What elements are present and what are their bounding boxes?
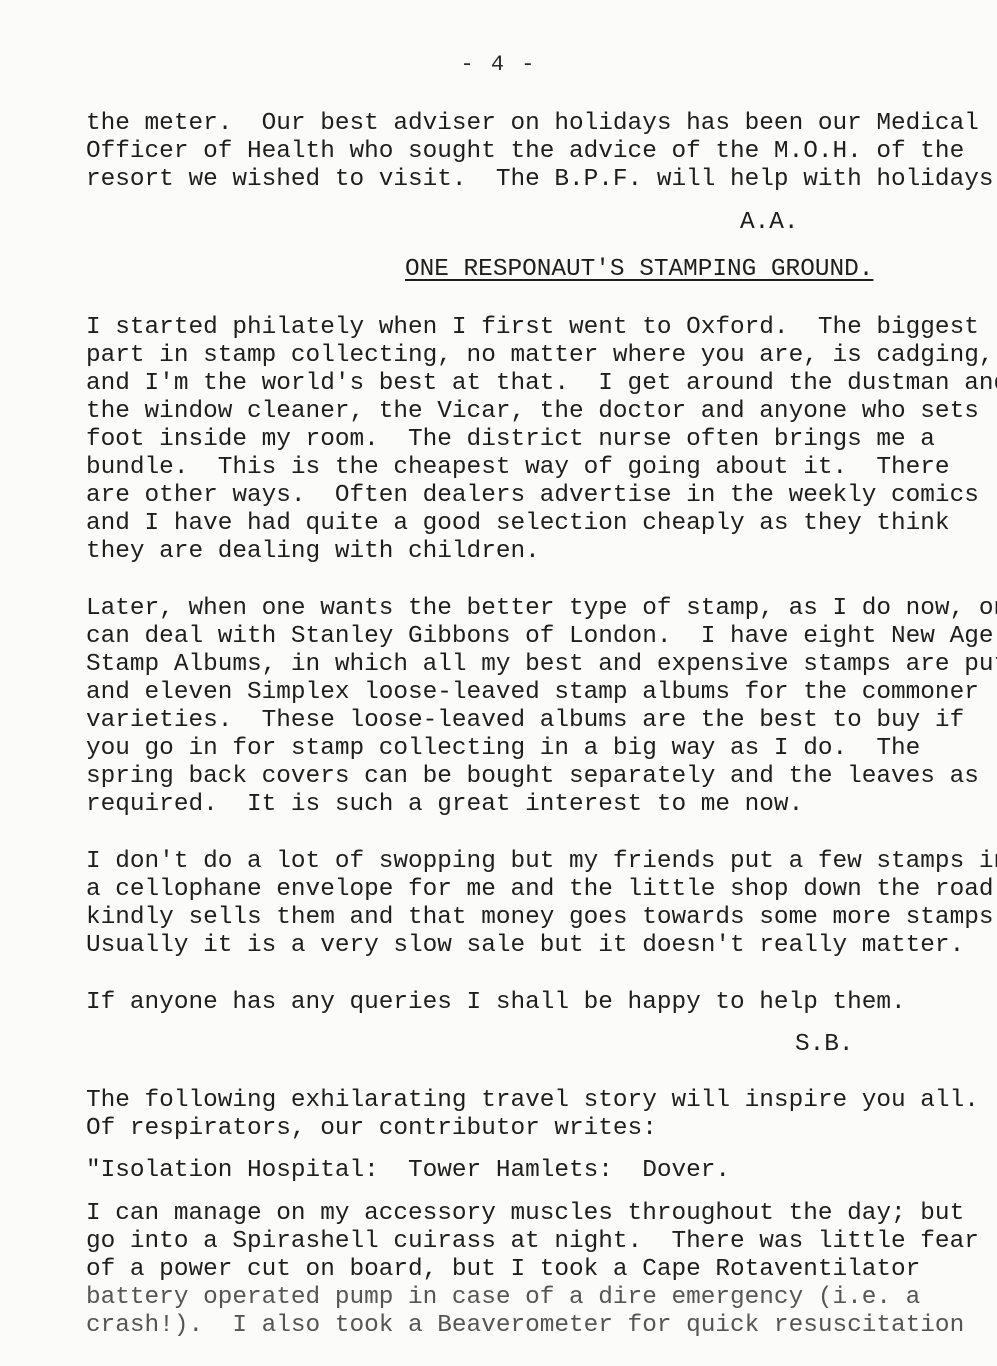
text-line: I don't do a lot of swopping but my frie… — [86, 848, 997, 876]
text-line: resort we wished to visit. The B.P.F. wi… — [86, 166, 997, 194]
text-line: I started philately when I first went to… — [86, 314, 979, 342]
travel-address: "Isolation Hospital: Tower Hamlets: Dove… — [86, 1157, 730, 1185]
text-line: bundle. This is the cheapest way of goin… — [86, 454, 950, 482]
text-line: foot inside my room. The district nurse … — [86, 426, 935, 454]
text-line: Usually it is a very slow sale but it do… — [86, 932, 964, 960]
text-line: kindly sells them and that money goes to… — [86, 904, 997, 932]
text-line: are other ways. Often dealers advertise … — [86, 482, 979, 510]
text-line: Stamp Albums, in which all my best and e… — [86, 651, 997, 679]
text-line: the meter. Our best adviser on holidays … — [86, 110, 979, 138]
text-line: Of respirators, our contributor writes: — [86, 1115, 657, 1143]
text-line: can deal with Stanley Gibbons of London.… — [86, 623, 993, 651]
text-line: and eleven Simplex loose-leaved stamp al… — [86, 679, 979, 707]
article-title: ONE RESPONAUT'S STAMPING GROUND. — [405, 256, 873, 284]
text-line: I can manage on my accessory muscles thr… — [86, 1200, 964, 1228]
text-line: The following exhilarating travel story … — [86, 1087, 979, 1115]
text-line: spring back covers can be bought separat… — [86, 763, 979, 791]
text-line: varieties. These loose-leaved albums are… — [86, 707, 964, 735]
text-line: the window cleaner, the Vicar, the docto… — [86, 398, 979, 426]
text-line: part in stamp collecting, no matter wher… — [86, 342, 993, 370]
text-line: If anyone has any queries I shall be hap… — [86, 989, 906, 1017]
text-line: a cellophane envelope for me and the lit… — [86, 876, 993, 904]
text-line: crash!). I also took a Beaverometer for … — [86, 1312, 964, 1340]
text-line: Later, when one wants the better type of… — [86, 595, 997, 623]
text-line: you go in for stamp collecting in a big … — [86, 735, 920, 763]
text-line: Officer of Health who sought the advice … — [86, 138, 964, 166]
document-page: - 4 - the meter. Our best adviser on hol… — [0, 0, 997, 1366]
signature-aa: A.A. — [740, 209, 799, 237]
text-line: go into a Spirashell cuirass at night. T… — [86, 1228, 979, 1256]
text-line: battery operated pump in case of a dire … — [86, 1284, 920, 1312]
text-line: and I'm the world's best at that. I get … — [86, 370, 997, 398]
signature-sb: S.B. — [795, 1031, 854, 1059]
text-line: of a power cut on board, but I took a Ca… — [86, 1256, 920, 1284]
text-line: they are dealing with children. — [86, 538, 540, 566]
text-line: required. It is such a great interest to… — [86, 791, 803, 819]
page-number: - 4 - — [0, 52, 997, 77]
text-line: and I have had quite a good selection ch… — [86, 510, 950, 538]
